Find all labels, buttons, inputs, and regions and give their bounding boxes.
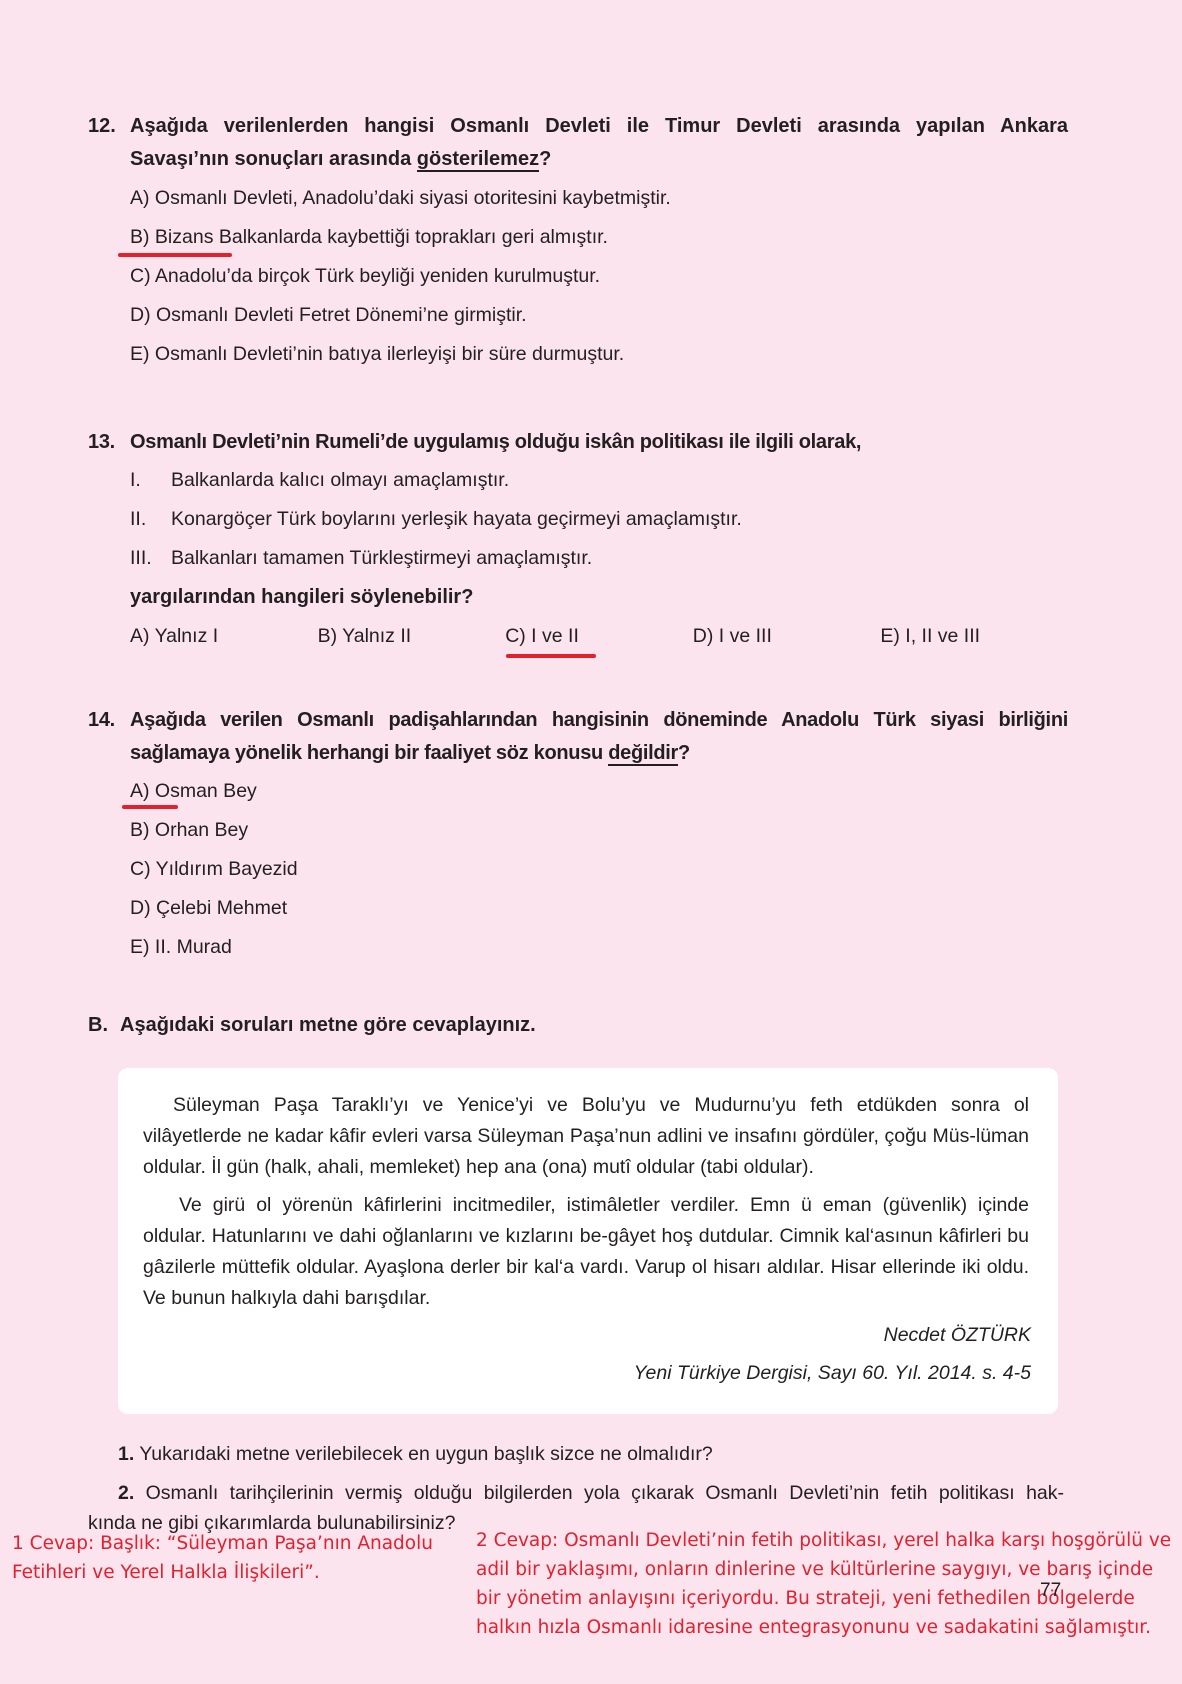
option-b[interactable]: B) Bizans Balkanlarda kaybettiği toprakl…	[88, 218, 1068, 257]
option-a[interactable]: A) Osman Bey	[88, 772, 1068, 811]
question-13: 13. Osmanlı Devleti’nin Rumeli’de uygula…	[88, 426, 1068, 656]
option-b[interactable]: B) Orhan Bey	[88, 811, 1068, 850]
option-b[interactable]: B) Yalnız II	[318, 616, 506, 656]
answer-2: 2 Cevap: Osmanlı Devleti’nin fetih polit…	[476, 1526, 1182, 1642]
option-e[interactable]: E) Osmanlı Devleti’nin batıya ilerleyişi…	[88, 335, 1068, 374]
statement-3: III.Balkanları tamamen Türkleştirmeyi am…	[88, 539, 1068, 578]
passage-paragraph-2: Ve girü ol yörenün kâfirlerini incitmedi…	[143, 1190, 1029, 1314]
question-number: 14.	[88, 704, 130, 770]
reading-passage: Süleyman Paşa Taraklı’yı ve Yenice’yi ve…	[118, 1068, 1058, 1414]
question-12: 12. Aşağıda verilenlerden hangisi Osmanl…	[88, 110, 1068, 374]
option-d[interactable]: D) Osmanlı Devleti Fetret Dönemi’ne girm…	[88, 296, 1068, 335]
question-12-stem: 12. Aşağıda verilenlerden hangisi Osmanl…	[88, 110, 1068, 176]
question-14: 14. Aşağıda verilen Osmanlı padişahların…	[88, 704, 1068, 967]
option-d[interactable]: D) Çelebi Mehmet	[88, 889, 1068, 928]
option-c[interactable]: C) Anadolu’da birçok Türk beyliği yenide…	[88, 257, 1068, 296]
answer-mark	[122, 805, 178, 809]
passage-paragraph-1: Süleyman Paşa Taraklı’yı ve Yenice’yi ve…	[143, 1090, 1029, 1183]
emphasis-underline: gösterilemez	[417, 148, 539, 172]
passage-author: Necdet ÖZTÜRK	[884, 1324, 1031, 1347]
answer-1: 1 Cevap: Başlık: “Süleyman Paşa’nın Anad…	[12, 1529, 462, 1587]
option-e[interactable]: E) II. Murad	[88, 928, 1068, 967]
question-13-closing: yargılarından hangileri söylenebilir?	[88, 578, 1068, 616]
option-c[interactable]: C) Yıldırım Bayezid	[88, 850, 1068, 889]
question-13-choices: A) Yalnız I B) Yalnız II C) I ve II D) I…	[88, 616, 1068, 656]
open-question-2: 2. Osmanlı tarihçilerinin vermiş olduğu …	[118, 1476, 1064, 1510]
option-c[interactable]: C) I ve II	[505, 616, 693, 656]
question-number: 12.	[88, 110, 130, 176]
question-14-stem: 14. Aşağıda verilen Osmanlı padişahların…	[88, 704, 1068, 770]
open-question-1: 1. Yukarıdaki metne verilebilecek en uyg…	[118, 1437, 713, 1471]
page-number: 77	[1040, 1580, 1061, 1602]
emphasis-underline: değildir	[608, 742, 678, 766]
option-a[interactable]: A) Yalnız I	[130, 616, 318, 656]
option-a[interactable]: A) Osmanlı Devleti, Anadolu’daki siyasi …	[88, 179, 1068, 218]
option-d[interactable]: D) I ve III	[693, 616, 881, 656]
question-13-stem: 13. Osmanlı Devleti’nin Rumeli’de uygula…	[88, 426, 1068, 459]
passage-source: Yeni Türkiye Dergisi, Sayı 60. Yıl. 2014…	[634, 1362, 1031, 1385]
section-b-heading: B.Aşağıdaki soruları metne göre cevaplay…	[88, 1014, 536, 1037]
question-number: 13.	[88, 426, 130, 459]
option-e[interactable]: E) I, II ve III	[880, 616, 1068, 656]
statement-2: II.Konargöçer Türk boylarını yerleşik ha…	[88, 500, 1068, 539]
statement-1: I.Balkanlarda kalıcı olmayı amaçlamıştır…	[88, 461, 1068, 500]
answer-mark	[506, 654, 596, 658]
